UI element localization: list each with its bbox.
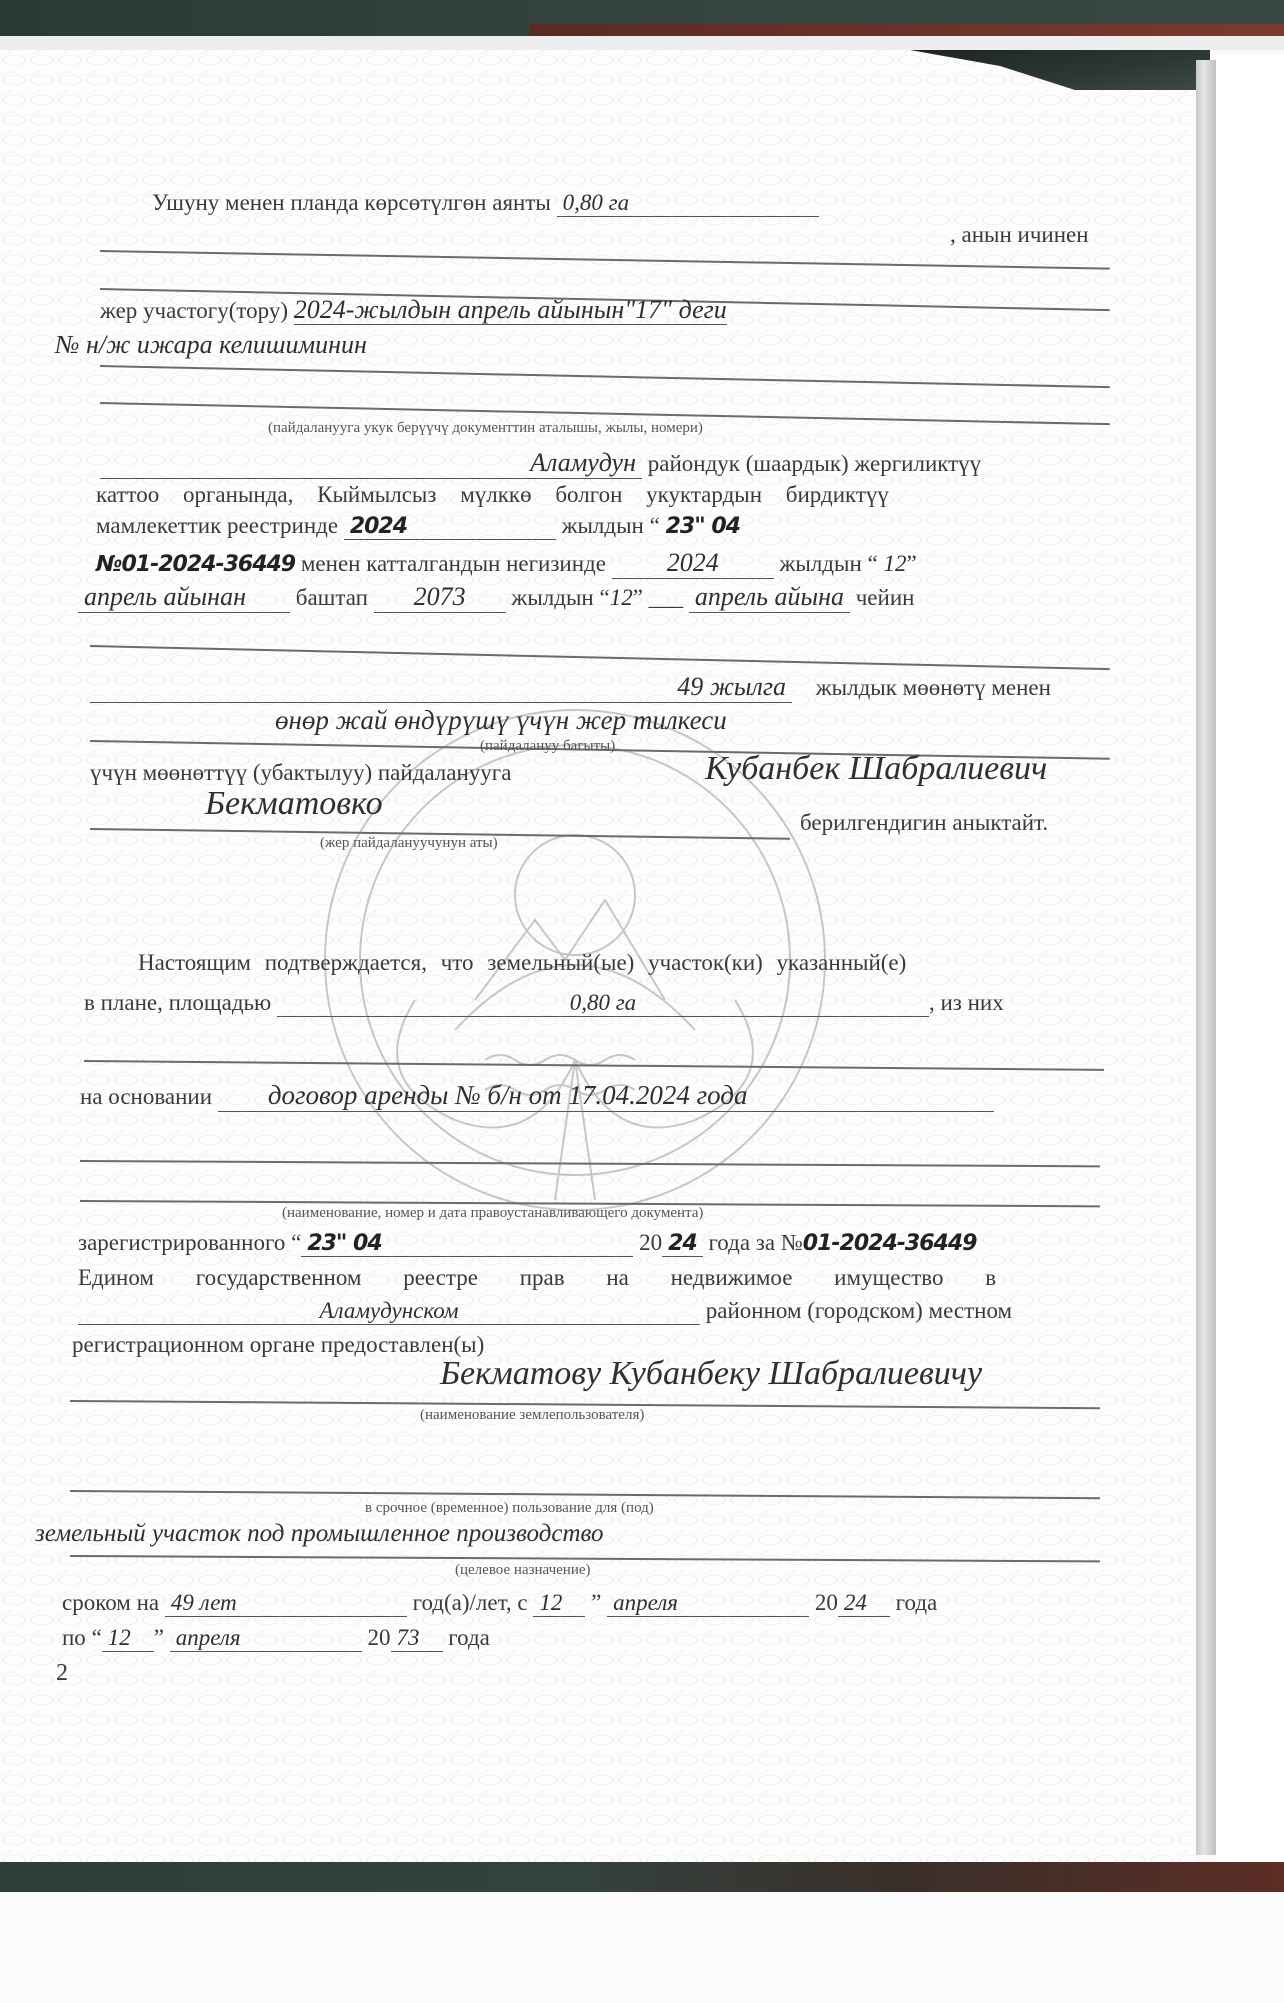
kg-period-line: апрель айынан баштап 2073 жылдын “12” __… [78,582,914,613]
blank-rule [90,645,1110,670]
ru-year-prefix: 20 [639,1230,662,1255]
page-number: 2 [56,1660,68,1687]
ru-caption-usage: в срочное (временное) пользование для (п… [365,1500,654,1517]
adjacent-page [1216,55,1284,1865]
ru-area-suffix: , из них [929,990,1004,1015]
kg-start-word: баштап [296,585,368,610]
ru-to-year-word: года [448,1625,490,1650]
ru-user-name: Бекматову Кубанбеку Шабралиевичу [440,1355,982,1393]
kg-end-month: апрель айына [689,582,850,613]
kg-caption-doc: (пайдаланууга укук берүүчү документтин а… [268,420,703,437]
kg-registry-label: мамлекеттик реестринде [96,513,338,538]
ru-area-line: в плане, площадью 0,80 га, из них [84,990,1004,1017]
ru-year-suffix: 24 [662,1231,703,1257]
kg-district: Аламудун [100,448,642,479]
kg-caption-user: (жер пайдалануучунун аты) [320,835,498,852]
ru-to-year-prefix: 20 [368,1625,391,1650]
kg-granted-suffix: берилгендигин аныктайт. [800,810,1048,836]
kg-plot-label: жер участогу(тору) [100,298,288,323]
ru-organ-line: регистрационном органе предоставлен(ы) [72,1332,484,1358]
ru-from-year-prefix: 20 [815,1590,838,1615]
kg-plot-line: жер участогу(тору) 2024-жылдын апрель ай… [100,295,727,325]
ru-to-year-suffix: 73 [391,1625,443,1652]
kg-reg-number: №01-2024-36449 [96,552,295,577]
kg-area-label: Ушуну менен планда көрсөтүлгөн аянты [152,190,551,215]
ru-to-month: апреля [170,1625,362,1652]
kg-reg-number-line: №01-2024-36449 менен катталгандын негизи… [96,548,917,579]
ru-basis-line: на основании договор аренды № б/н от 17.… [80,1080,994,1112]
kg-end-day: 12 [610,585,633,610]
kg-usage-label: үчүн мөөнөттүү (убактылуу) пайдаланууга [90,760,511,786]
blank-rule [100,250,1110,269]
blank-rule [70,1555,1100,1562]
kg-start-month: апрель айынан [78,582,290,613]
kg-start-year-word: жылдын [779,551,861,576]
ru-caption-purpose: (целевое назначение) [455,1562,591,1579]
ru-from-day: 12 [533,1590,585,1617]
ru-registered-label: зарегистрированного [78,1230,285,1255]
kg-end-word: чейин [856,585,915,610]
ru-term-unit: год(а)/лет, с [413,1590,528,1615]
ru-from-month: апреля [607,1590,809,1617]
kg-district-line: Аламудун райондук (шаардык) жергиликтүү [100,448,981,479]
kg-district-suffix: райондук (шаардык) жергиликтүү [648,451,981,476]
book-gutter [1196,60,1216,1855]
kg-reg-number-suffix: менен катталгандын негизинде [301,551,606,576]
ru-number-label: года за № [708,1230,802,1255]
ru-term-label: сроком на [62,1590,159,1615]
ru-purpose: земельный участок под промышленное произ… [35,1520,604,1548]
kg-area-value: 0,80 га [557,190,819,217]
photo-background-top [0,0,1284,36]
ru-registered-line: зарегистрированного “23" 04 2024 года за… [78,1230,976,1257]
ru-district: Аламудунском [78,1298,700,1325]
ru-area-value: 0,80 га [277,990,929,1017]
ru-confirm-line: Настоящим подтверждается, что земельный(… [138,950,906,976]
screen-bottom-area [0,1892,1284,2003]
kg-caption-purpose: (пайдалануу багыты) [480,738,615,755]
blank-rule [70,1490,1100,1499]
photo-background-bottom [0,1862,1284,1892]
ru-caption-doc: (наименование, номер и дата правоустанав… [282,1205,703,1222]
ru-registry-line: Едином государственном реестре прав на н… [78,1265,996,1291]
ru-basis-value: договор аренды № б/н от 17.04.2024 года [218,1080,994,1112]
kg-reg-date: 23" 04 [666,514,740,539]
ru-to-line: по “12” апреля 2073 года [62,1625,490,1652]
ru-area-label: в плане, площадью [84,990,271,1015]
ru-registered-date: 23" 04 [301,1231,633,1257]
ru-to-label: по [62,1625,86,1650]
kg-reg-date-line: мамлекеттик реестринде 2024 жылдын “ 23"… [96,513,740,540]
kg-term-suffix: жылдык мөөнөтү менен [816,675,1051,700]
kg-end-year: 2073 [374,582,506,613]
document-page: Ушуну менен планда көрсөтүлгөн аянты 0,8… [0,50,1196,1865]
ru-district-line: Аламудунском районном (городском) местно… [78,1298,1012,1325]
ru-registered-number: 01-2024-36449 [803,1231,977,1256]
kg-area-line: Ушуну менен планда көрсөтүлгөн аянты 0,8… [152,190,819,217]
kg-term-line: 49 жылга жылдык мөөнөтү менен [90,672,1051,703]
ru-to-day: 12 [102,1625,154,1652]
kg-plot-basis: 2024-жылдын апрель айынын"17" деги [294,295,727,325]
ru-term-value: 49 лет [165,1590,407,1617]
kg-plot-basis-cont: № н/ж ижара келишиминин [55,330,367,360]
kg-year-word: жылдын [562,513,644,538]
kg-purpose: өнөр жай өндүрүшү үчүн жер тилкеси [275,705,727,736]
kg-user-name-cont: Бекматовко [205,785,383,823]
kg-start-year: 2024 [612,548,774,579]
ru-caption-user: (наименование землепользователя) [420,1407,644,1424]
ru-term-line: сроком на 49 лет год(а)/лет, с 12 ” апре… [62,1590,937,1617]
kg-user-name: Кубанбек Шабралиевич [705,750,1047,788]
kg-reg-year: 2024 [344,514,556,540]
ru-year-word: года [896,1590,938,1615]
blank-rule [100,365,1110,388]
kg-start-day: 12 [883,551,906,576]
ru-district-suffix: районном (городском) местном [706,1298,1012,1323]
kg-area-suffix: , анын ичинен [950,222,1089,248]
ru-basis-label: на основании [80,1084,212,1109]
kg-end-year-word: жылдын [511,585,593,610]
ru-from-year-suffix: 24 [838,1590,890,1617]
kg-term: 49 жылга [90,672,792,703]
screen-gap [0,36,1284,50]
kg-registry-line: каттоо органында, Кыймылсыз мүлккө болго… [96,482,889,508]
